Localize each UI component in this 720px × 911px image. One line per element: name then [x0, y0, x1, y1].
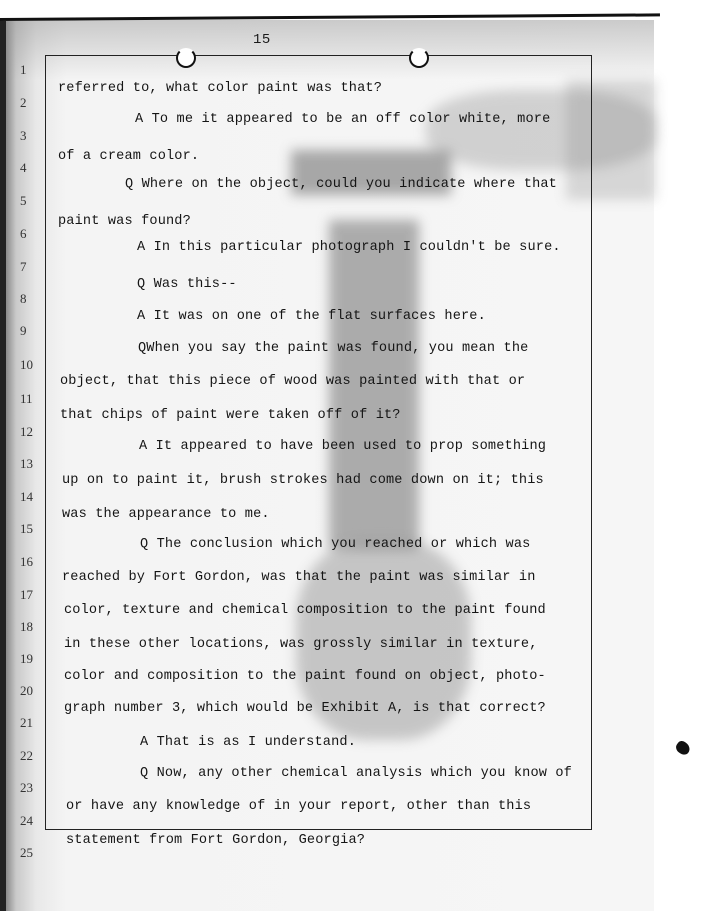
line-number: 3 [20, 128, 40, 144]
line-number: 12 [20, 424, 40, 440]
transcript-line: Q The conclusion which you reached or wh… [140, 537, 530, 552]
transcript-line: Q Now, any other chemical analysis which… [140, 766, 572, 781]
page-number: 15 [253, 32, 271, 48]
transcript-line: A In this particular photograph I couldn… [137, 240, 561, 255]
line-number: 25 [20, 845, 40, 861]
transcript-line: that chips of paint were taken off of it… [60, 408, 401, 423]
line-number: 14 [20, 489, 40, 505]
transcript-line: QWhen you say the paint was found, you m… [138, 341, 528, 356]
transcript-line: color, texture and chemical composition … [64, 603, 546, 618]
line-number: 4 [20, 160, 40, 176]
ink-mark [674, 739, 692, 757]
transcript-line: referred to, what color paint was that? [58, 81, 382, 96]
line-number: 7 [20, 259, 40, 275]
line-number: 21 [20, 715, 40, 731]
scan-top-edge [0, 0, 660, 21]
line-number: 18 [20, 619, 40, 635]
line-number: 24 [20, 813, 40, 829]
transcript-line: statement from Fort Gordon, Georgia? [66, 833, 365, 848]
line-number: 5 [20, 193, 40, 209]
line-number: 13 [20, 456, 40, 472]
transcript-line: up on to paint it, brush strokes had com… [62, 473, 544, 488]
transcript-line: color and composition to the paint found… [64, 669, 546, 684]
line-number: 10 [20, 357, 40, 373]
transcript-line: in these other locations, was grossly si… [64, 637, 538, 652]
binder-hole [176, 48, 196, 68]
line-number: 16 [20, 554, 40, 570]
transcript-line: A That is as I understand. [140, 735, 356, 750]
line-number: 23 [20, 780, 40, 796]
line-number: 15 [20, 521, 40, 537]
transcript-line: A It was on one of the flat surfaces her… [137, 309, 486, 324]
transcript-line: graph number 3, which would be Exhibit A… [64, 701, 546, 716]
transcript-line: was the appearance to me. [62, 507, 270, 522]
line-number: 1 [20, 62, 40, 78]
binder-hole [409, 48, 429, 68]
transcript-line: Q Where on the object, could you indicat… [125, 177, 557, 192]
transcript-line: of a cream color. [58, 149, 199, 164]
transcript-line: or have any knowledge of in your report,… [66, 799, 531, 814]
line-number: 6 [20, 226, 40, 242]
line-number: 20 [20, 683, 40, 699]
transcript-line: Q Was this-- [137, 277, 237, 292]
line-number: 8 [20, 291, 40, 307]
transcript-line: A It appeared to have been used to prop … [139, 439, 546, 454]
line-number: 11 [20, 391, 40, 407]
transcript-line: object, that this piece of wood was pain… [60, 374, 525, 389]
line-number: 9 [20, 323, 40, 339]
line-number: 2 [20, 95, 40, 111]
transcript-line: reached by Fort Gordon, was that the pai… [62, 570, 536, 585]
line-number: 22 [20, 748, 40, 764]
transcript-line: paint was found? [58, 214, 191, 229]
line-number: 19 [20, 651, 40, 667]
line-number: 17 [20, 587, 40, 603]
transcript-line: A To me it appeared to be an off color w… [135, 112, 550, 127]
